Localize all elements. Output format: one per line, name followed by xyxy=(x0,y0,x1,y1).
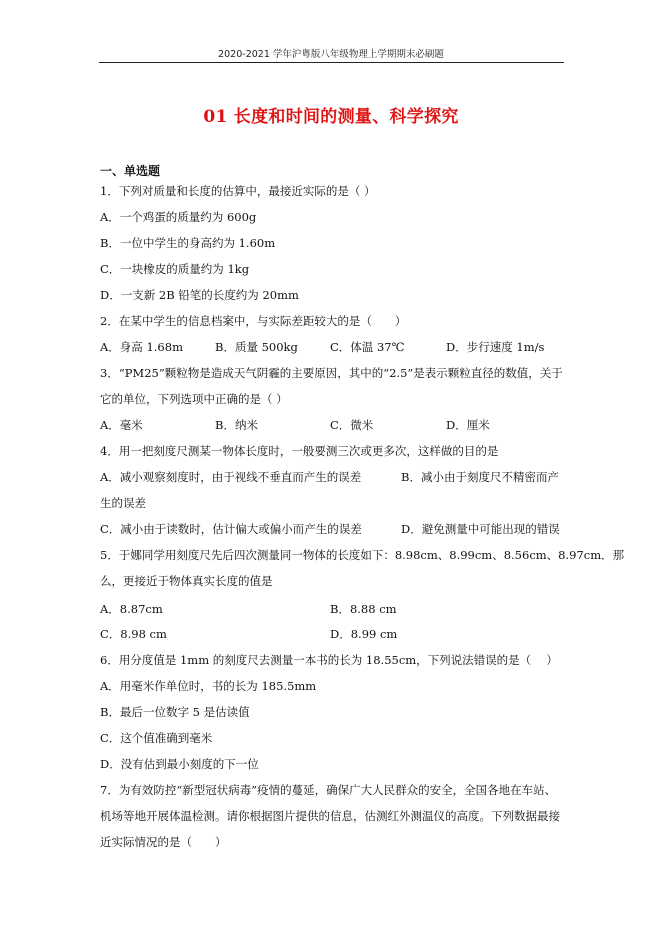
question-5-option-b: B．8.88 cm xyxy=(330,602,397,616)
question-4-stem: 4．用一把刻度尺测某一物体长度时，一般要测三次或更多次，这样做的目的是 xyxy=(100,444,498,458)
question-4-option-c: C．减小由于读数时，估计偏大或偏小而产生的误差 xyxy=(100,522,362,536)
question-7-stem-line-3: 近实际情况的是（ ） xyxy=(100,835,227,849)
question-6-stem: 6．用分度值是 1mm 的刻度尺去测量一本书的长为 18.55cm，下列说法错误… xyxy=(100,653,558,667)
question-5-option-d: D．8.99 cm xyxy=(330,627,397,641)
question-2-option-b: B．质量 500kg xyxy=(215,340,298,354)
question-2-option-a: A．身高 1.68m xyxy=(100,340,183,354)
question-5-option-c: C．8.98 cm xyxy=(100,627,167,641)
question-1-stem: 1．下列对质量和长度的估算中，最接近实际的是（ ） xyxy=(100,184,375,198)
document-title: 01 长度和时间的测量、科学探究 xyxy=(99,102,563,127)
question-3-option-c: C．微米 xyxy=(330,418,373,432)
question-2-stem: 2．在某中学生的信息档案中，与实际差距较大的是（ ） xyxy=(100,314,406,328)
question-6-option-b: B．最后一位数字 5 是估读值 xyxy=(100,705,250,719)
question-5-stem-line-2: 么，更接近于物体真实长度的值是 xyxy=(100,574,273,588)
question-3-stem-line-1: 3．“PM25”颗粒物是造成天气阴霾的主要原因，其中的“2.5”是表示颗粒直径的… xyxy=(100,366,563,380)
question-3-option-a: A．毫米 xyxy=(100,418,143,432)
question-2-option-c: C．体温 37℃ xyxy=(330,340,404,354)
question-6-option-c: C．这个值准确到毫米 xyxy=(100,731,212,745)
question-4-option-d: D．避免测量中可能出现的错误 xyxy=(401,522,560,536)
question-3-stem-line-2: 它的单位，下列选项中正确的是（ ） xyxy=(100,392,288,406)
question-5-option-a: A．8.87cm xyxy=(100,602,163,616)
question-4-option-b: B．减小由于刻度尺不精密而产 xyxy=(401,470,559,484)
question-6-option-a: A．用毫米作单位时，书的长为 185.5mm xyxy=(100,679,316,693)
question-4-option-a: A．减小观察刻度时，由于视线不垂直而产生的误差 xyxy=(100,470,361,484)
question-1-option-d: D．一支新 2B 铅笔的长度约为 20mm xyxy=(100,288,299,302)
page-header: 2020-2021 学年沪粤版八年级物理上学期期末必刷题 xyxy=(99,46,563,60)
question-7-stem-line-2: 机场等地开展体温检测。请你根据图片提供的信息，估测红外测温仪的高度。下列数据最接 xyxy=(100,809,560,823)
header-divider xyxy=(99,62,564,63)
question-3-option-b: B．纳米 xyxy=(215,418,258,432)
question-2-option-d: D．步行速度 1m/s xyxy=(446,340,544,354)
question-1-option-c: C．一块橡皮的质量约为 1kg xyxy=(100,262,249,276)
question-1-option-a: A．一个鸡蛋的质量约为 600g xyxy=(100,210,256,224)
question-3-option-d: D．厘米 xyxy=(446,418,490,432)
question-5-stem-line-1: 5．于娜同学用刻度尺先后四次测量同一物体的长度如下：8.98cm、8.99cm、… xyxy=(100,548,624,562)
question-4-option-b-continued: 生的误差 xyxy=(100,496,146,510)
question-6-option-d: D．没有估到最小刻度的下一位 xyxy=(100,757,259,771)
section-heading: 一、单选题 xyxy=(100,162,160,179)
question-1-option-b: B．一位中学生的身高约为 1.60m xyxy=(100,236,275,250)
question-7-stem-line-1: 7．为有效防控“新型冠状病毒”疫情的蔓延，确保广大人民群众的安全，全国各地在车站… xyxy=(100,783,556,797)
